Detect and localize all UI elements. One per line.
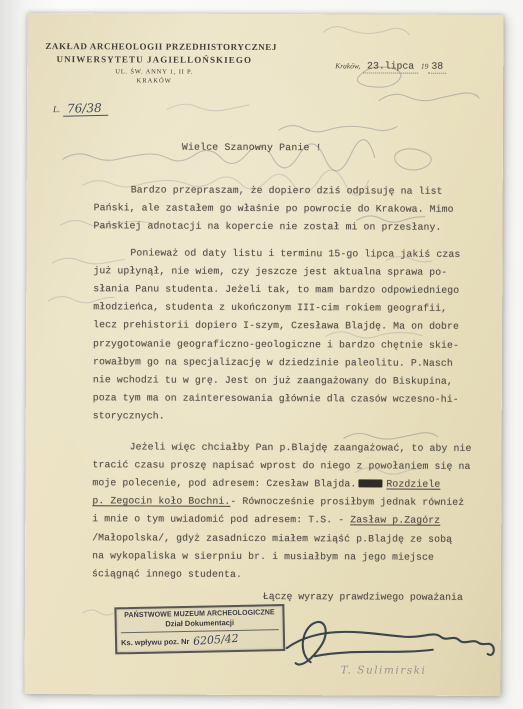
letterhead-address: UL. ŚW. ANNY 1, II P. bbox=[45, 68, 263, 76]
letterhead-institution: ZAKŁAD ARCHEOLOGII PRZEDHISTORYCZNEJ bbox=[45, 41, 263, 52]
typed-line: już upłynął, nie wiem, czy jeszcze jest … bbox=[93, 262, 488, 282]
letterhead: ZAKŁAD ARCHEOLOGII PRZEDHISTORYCZNEJ UNI… bbox=[45, 41, 263, 85]
signature-caption: T. Sulimirski bbox=[341, 664, 427, 676]
dateline-year-typed: 38 bbox=[428, 61, 446, 74]
letter-page: ZAKŁAD ARCHEOLOGII PRZEDHISTORYCZNEJ UNI… bbox=[25, 13, 504, 696]
typed-line: Pańskiej adnotacji na kopercie nie zosta… bbox=[94, 218, 489, 238]
reference-number: L. 76/38 bbox=[53, 101, 108, 116]
typed-line: młodzieńca, studenta z ukończonym III-ci… bbox=[93, 298, 488, 318]
museum-stamp: PAŃSTWOWE MUZEUM ARCHEOLOGICZNE Dział Do… bbox=[114, 604, 285, 654]
stamp-register-label: Ks. wpływu poz. Nr bbox=[121, 637, 190, 647]
typed-line: i mnie o tym uwiadomić pod adresem: T.S.… bbox=[92, 511, 487, 531]
typed-line: rowałbym go na specjalizację w dziedzini… bbox=[93, 353, 488, 373]
typed-line: lecz prehistorii dopiero I-szym, Czesław… bbox=[93, 317, 488, 337]
typed-line: /Małopolska/, gdyż zasadniczo miałem wzi… bbox=[92, 529, 487, 549]
underlined-address-part: Rozdziele bbox=[386, 479, 440, 490]
paragraph-3: Jeżeli więc chciałby Pan p.Blajdę zaanga… bbox=[92, 438, 488, 585]
dateline-year-printed: 19 bbox=[421, 62, 429, 71]
underlined-address-part: Zasław p.Zagórz bbox=[350, 515, 440, 526]
typed-text: moje polecenie, pod adresem: Czesław Bla… bbox=[92, 477, 356, 489]
typed-line: poza tym ma on zainteresowania głównie d… bbox=[93, 389, 488, 409]
stamp-register-number: 6205/42 bbox=[193, 632, 240, 648]
typed-line: słania Panu studenta. Jeżeli tak, to mam… bbox=[93, 280, 488, 300]
stamp-register-row: Ks. wpływu poz. Nr6205/42 bbox=[121, 629, 279, 648]
paragraph-1: Bardzo przepraszam, że dopiero dziś odpi… bbox=[94, 181, 489, 237]
dateline: Kraków, 23.lipca 1938 bbox=[335, 60, 446, 73]
typed-line: nie wchodzi tu w grę. Jest on już zaanga… bbox=[93, 371, 488, 391]
typed-text: - Równocześnie prosiłbym jednak również bbox=[230, 496, 464, 508]
typed-line: Jeżeli więc chciałby Pan p.Blajdę zaanga… bbox=[93, 438, 488, 458]
salutation: Wielce Szanowny Panie ! bbox=[182, 142, 322, 154]
typed-line: p. Zegocin koło Bochni.- Równocześnie pr… bbox=[92, 493, 487, 513]
typed-line: moje polecenie, pod adresem: Czesław Bla… bbox=[92, 474, 487, 494]
dateline-date: 23.lipca bbox=[363, 60, 418, 73]
typed-line: Bardzo przepraszam, że dopiero dziś odpi… bbox=[94, 181, 489, 201]
typed-line: na wykopaliska w sierpniu br. i musiałby… bbox=[92, 547, 487, 567]
closing-formula: Łączę wyrazy prawdziwego poważania bbox=[263, 591, 463, 603]
typed-line: Pański, ale zastałem go właśnie po powro… bbox=[94, 199, 489, 219]
paragraph-2: Ponieważ od daty listu i terminu 15-go l… bbox=[93, 244, 489, 428]
letter-body: Bardzo przepraszam, że dopiero dziś odpi… bbox=[92, 181, 489, 585]
overstruck-word bbox=[358, 479, 382, 487]
letterhead-city: KRAKÓW bbox=[45, 77, 263, 85]
dateline-place: Kraków, bbox=[335, 61, 360, 70]
typed-line: przygotowanie geograficzno-geologiczne i… bbox=[93, 335, 488, 355]
ref-prefix: L. bbox=[53, 104, 60, 114]
letterhead-university: UNIWERSYTETU JAGIELLOŃSKIEGO bbox=[45, 54, 263, 65]
typed-line: ściągnąć innego studenta. bbox=[92, 565, 487, 585]
ref-number-handwritten: 76/38 bbox=[63, 101, 108, 117]
underlined-address-part: p. Zegocin koło Bochni. bbox=[92, 496, 230, 508]
typed-text: i mnie o tym uwiadomić pod adresem: T.S.… bbox=[92, 514, 350, 526]
typed-line: Ponieważ od daty listu i terminu 15-go l… bbox=[93, 244, 488, 264]
typed-line: tracić czasu proszę napisać wprost do ni… bbox=[92, 456, 487, 476]
typed-line: storycznych. bbox=[93, 408, 488, 428]
